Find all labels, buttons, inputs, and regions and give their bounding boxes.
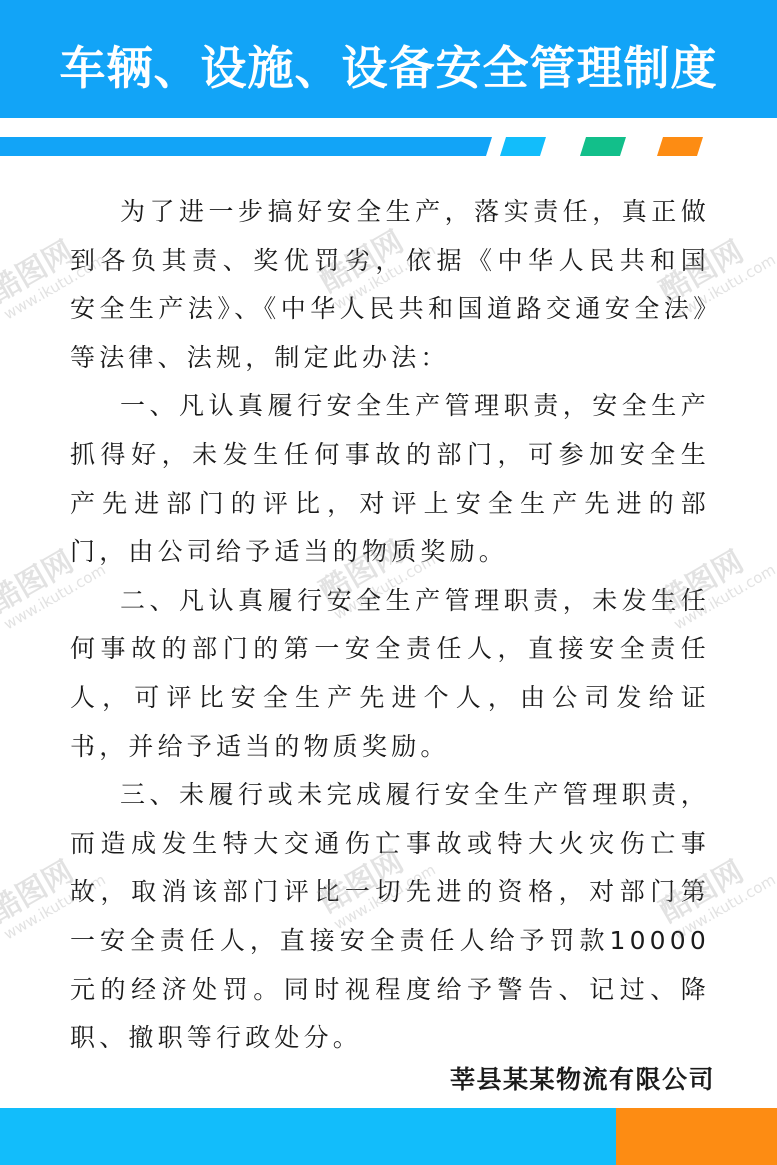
decorative-stripe-band bbox=[0, 137, 777, 156]
paragraph-intro: 为了进一步搞好安全生产，落实责任，真正做到各负其责、奖优罚劣，依据《中华人民共和… bbox=[70, 188, 710, 382]
footer-bar bbox=[0, 1108, 777, 1165]
document-body: 为了进一步搞好安全生产，落实责任，真正做到各负其责、奖优罚劣，依据《中华人民共和… bbox=[70, 188, 710, 1063]
footer-orange-block bbox=[616, 1108, 777, 1165]
paragraph-clause-1: 一、凡认真履行安全生产管理职责，安全生产抓得好，未发生任何事故的部门，可参加安全… bbox=[70, 382, 710, 576]
page-title: 车辆、设施、设备安全管理制度 bbox=[60, 32, 718, 98]
paragraph-clause-2: 二、凡认真履行安全生产管理职责，未发生任何事故的部门的第一安全责任人，直接安全责… bbox=[70, 577, 710, 771]
stripe-segment-green bbox=[580, 137, 626, 156]
stripe-main-bar bbox=[0, 137, 492, 156]
company-signature: 莘县某某物流有限公司 bbox=[450, 1060, 715, 1096]
header-banner: 车辆、设施、设备安全管理制度 bbox=[0, 0, 777, 118]
paragraph-clause-3: 三、未履行或未完成履行安全生产管理职责，而造成发生特大交通伤亡事故或特大火灾伤亡… bbox=[70, 771, 710, 1063]
stripe-segment-cyan bbox=[500, 137, 546, 156]
footer-blue-block bbox=[0, 1108, 616, 1165]
stripe-segment-orange bbox=[657, 137, 703, 156]
